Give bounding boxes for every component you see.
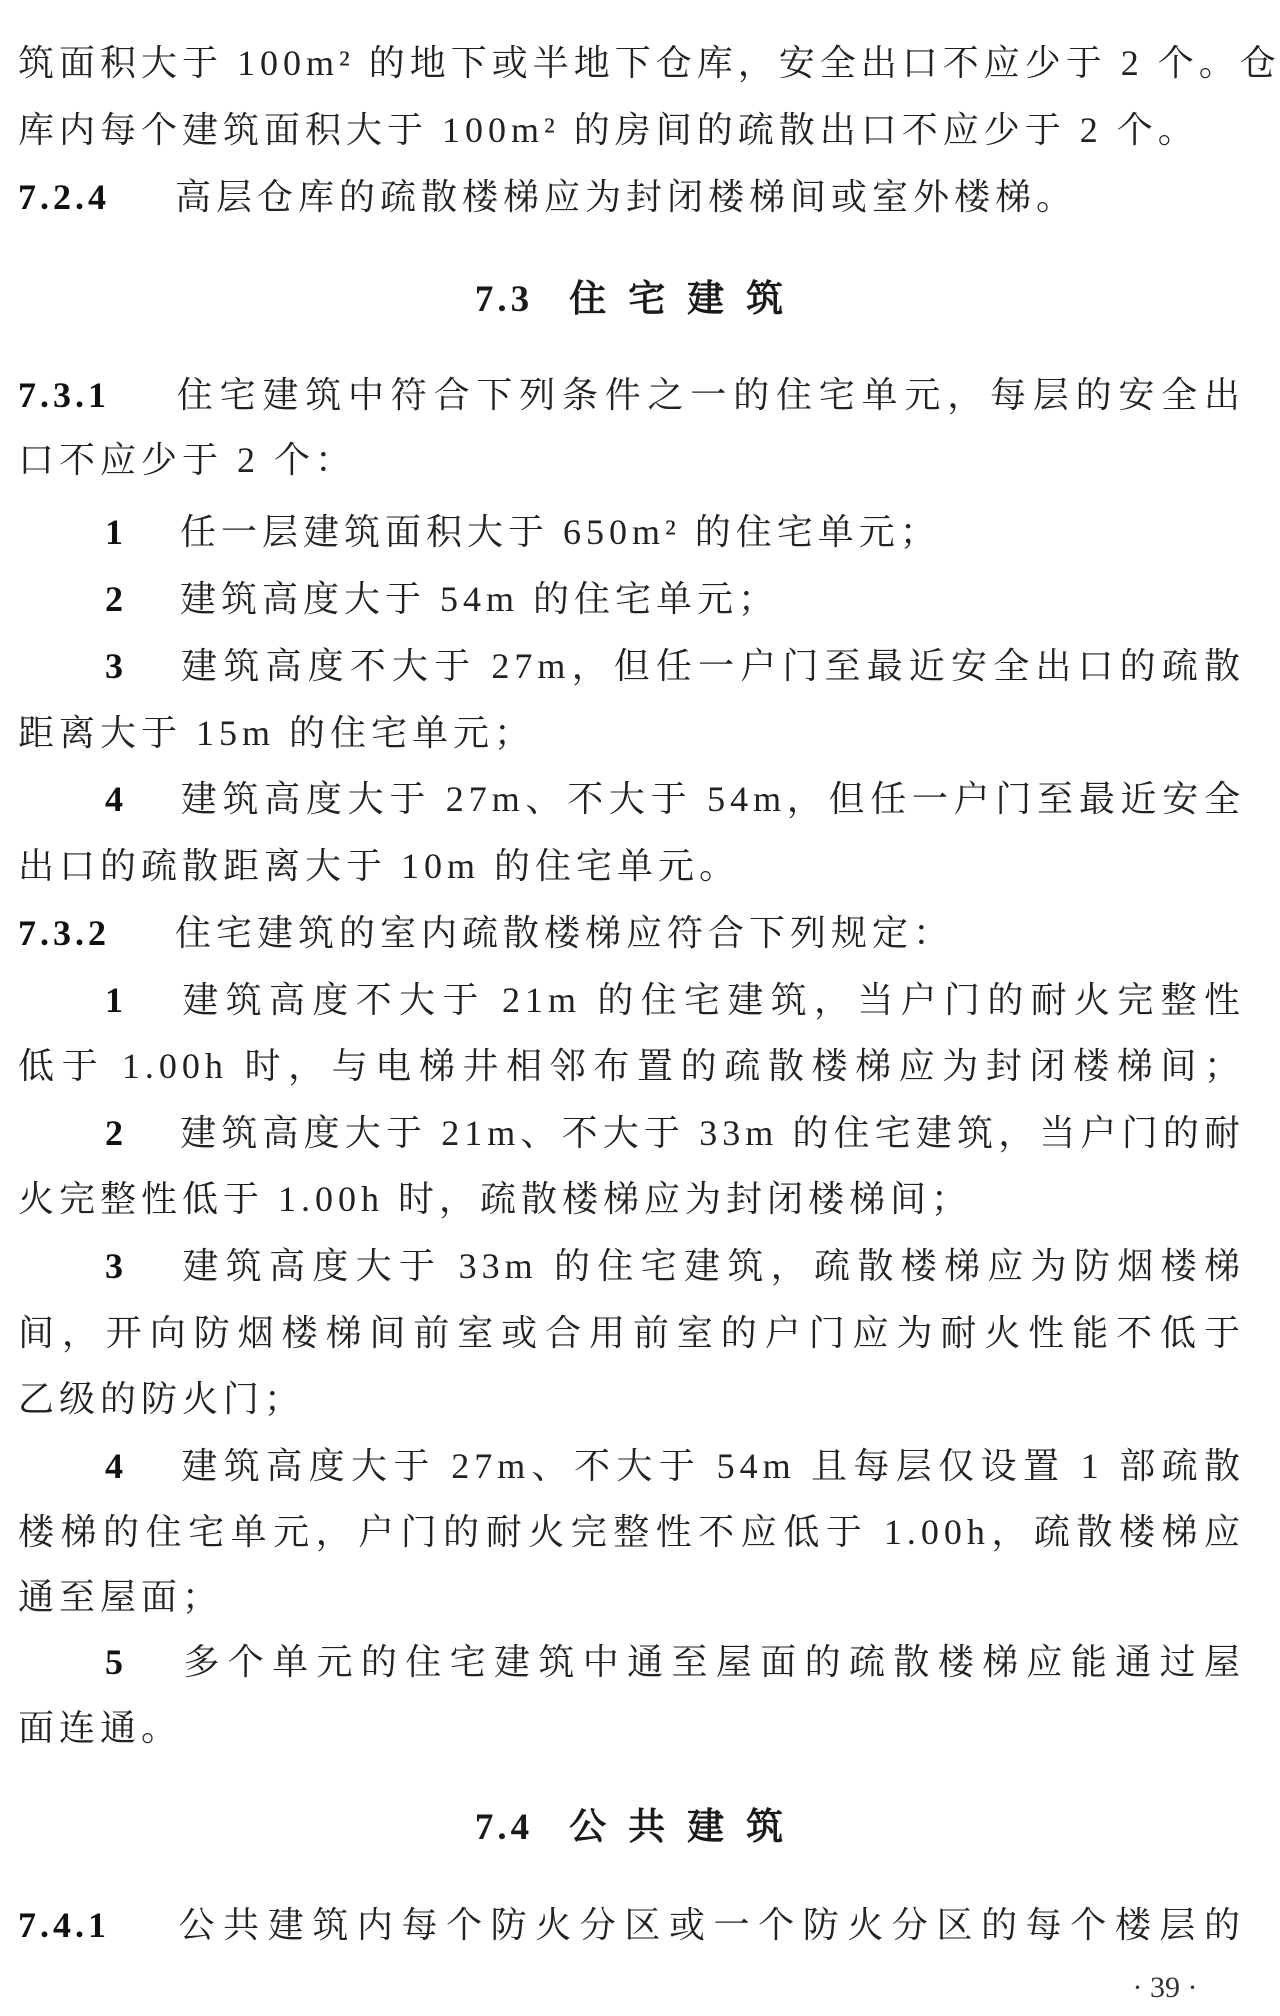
item-number: 4 [100, 1441, 180, 1491]
section-heading-7-3: 7.3住宅建筑 [0, 274, 1280, 324]
item-text-cont: 乙级的防火门； [18, 1379, 305, 1419]
body-text-line: 出口的疏散距离大于 10m 的住宅单元。 [18, 841, 1245, 891]
continuation-text: 库内每个建筑面积大于 100m² 的房间的疏散出口不应少于 2 个。 [18, 110, 1199, 150]
body-text-line: 乙级的防火门； [18, 1374, 1245, 1424]
continuation-text: 筑面积大于 100m² 的地下或半地下仓库，安全出口不应少于 2 个。仓 [18, 43, 1280, 83]
body-text-line: 间，开向防烟楼梯间前室或合用前室的户门应为耐火性能不低于 [18, 1308, 1245, 1358]
body-text-line: 火完整性低于 1.00h 时，疏散楼梯应为封闭楼梯间； [18, 1174, 1245, 1224]
item-text-cont: 出口的疏散距离大于 10m 的住宅单元。 [18, 846, 740, 886]
item-number: 2 [100, 1108, 180, 1158]
clause-7-4-1: 7.4.1公共建筑内每个防火分区或一个防火分区的每个楼层的 [18, 1900, 1245, 1950]
list-item: 1建筑高度不大于 21m 的住宅建筑，当户门的耐火完整性 [100, 975, 1245, 1025]
list-item: 2建筑高度大于 54m 的住宅单元； [100, 574, 1245, 624]
section-number: 7.4 [475, 1807, 533, 1848]
list-item: 4建筑高度大于 27m、不大于 54m 且每层仅设置 1 部疏散 [100, 1441, 1245, 1491]
item-text-cont: 距离大于 15m 的住宅单元； [18, 713, 535, 753]
list-item: 5多个单元的住宅建筑中通至屋面的疏散楼梯应能通过屋 [100, 1637, 1245, 1687]
item-text: 建筑高度大于 33m 的住宅建筑，疏散楼梯应为防烟楼梯 [180, 1246, 1245, 1286]
item-text-cont: 间，开向防烟楼梯间前室或合用前室的户门应为耐火性能不低于 [18, 1313, 1245, 1353]
clause-7-3-2: 7.3.2住宅建筑的室内疏散楼梯应符合下列规定： [18, 908, 1245, 958]
body-text-line: 通至屋面； [18, 1572, 1245, 1622]
item-number: 2 [100, 574, 180, 624]
body-text-line: 低于 1.00h 时，与电梯井相邻布置的疏散楼梯应为封闭楼梯间； [18, 1041, 1245, 1091]
body-text-line: 筑面积大于 100m² 的地下或半地下仓库，安全出口不应少于 2 个。仓 [18, 38, 1245, 88]
section-title: 住宅建筑 [569, 277, 805, 320]
item-number: 3 [100, 641, 180, 691]
body-text-line: 库内每个建筑面积大于 100m² 的房间的疏散出口不应少于 2 个。 [18, 105, 1245, 155]
item-number: 5 [100, 1637, 180, 1687]
section-heading-7-4: 7.4公共建筑 [0, 1802, 1280, 1852]
list-item: 1任一层建筑面积大于 650m² 的住宅单元； [100, 507, 1245, 557]
body-text-line: 口不应少于 2 个： [18, 435, 1245, 485]
clause-number: 7.4.1 [18, 1900, 175, 1950]
item-number: 1 [100, 507, 180, 557]
body-text-line: 楼梯的住宅单元，户门的耐火完整性不应低于 1.00h，疏散楼梯应 [18, 1507, 1245, 1557]
body-text-line: 距离大于 15m 的住宅单元； [18, 708, 1245, 758]
item-text-cont: 楼梯的住宅单元，户门的耐火完整性不应低于 1.00h，疏散楼梯应 [18, 1512, 1245, 1552]
item-text-cont: 面连通。 [18, 1708, 182, 1748]
item-number: 1 [100, 975, 180, 1025]
item-number: 3 [100, 1241, 180, 1291]
list-item: 4建筑高度大于 27m、不大于 54m，但任一户门至最近安全 [100, 774, 1245, 824]
clause-text: 住宅建筑中符合下列条件之一的住宅单元，每层的安全出 [175, 375, 1245, 415]
page-number: · 39 · [1100, 1968, 1230, 2008]
clause-text: 住宅建筑的室内疏散楼梯应符合下列规定： [175, 913, 954, 953]
item-text: 建筑高度大于 54m 的住宅单元； [180, 579, 779, 619]
item-text: 建筑高度大于 27m、不大于 54m，但任一户门至最近安全 [180, 779, 1245, 819]
clause-text: 高层仓库的疏散楼梯应为封闭楼梯间或室外楼梯。 [175, 177, 1077, 217]
list-item: 3建筑高度不大于 27m，但任一户门至最近安全出口的疏散 [100, 641, 1245, 691]
item-text: 任一层建筑面积大于 650m² 的住宅单元； [180, 512, 941, 552]
clause-text: 公共建筑内每个防火分区或一个防火分区的每个楼层的 [175, 1905, 1245, 1945]
section-title: 公共建筑 [569, 1805, 805, 1848]
clause-number: 7.2.4 [18, 172, 175, 222]
item-text-cont: 低于 1.00h 时，与电梯井相邻布置的疏散楼梯应为封闭楼梯间； [18, 1046, 1245, 1086]
item-text-cont: 通至屋面； [18, 1577, 223, 1617]
clause-number: 7.3.2 [18, 908, 175, 958]
item-text: 多个单元的住宅建筑中通至屋面的疏散楼梯应能通过屋 [180, 1642, 1245, 1682]
item-text: 建筑高度大于 27m、不大于 54m 且每层仅设置 1 部疏散 [180, 1446, 1245, 1486]
item-text: 建筑高度不大于 21m 的住宅建筑，当户门的耐火完整性 [180, 980, 1245, 1020]
clause-number: 7.3.1 [18, 370, 175, 420]
list-item: 2建筑高度大于 21m、不大于 33m 的住宅建筑，当户门的耐 [100, 1108, 1245, 1158]
clause-7-2-4: 7.2.4高层仓库的疏散楼梯应为封闭楼梯间或室外楼梯。 [18, 172, 1245, 222]
body-text-line: 面连通。 [18, 1703, 1245, 1753]
list-item: 3建筑高度大于 33m 的住宅建筑，疏散楼梯应为防烟楼梯 [100, 1241, 1245, 1291]
clause-7-3-1: 7.3.1住宅建筑中符合下列条件之一的住宅单元，每层的安全出 [18, 370, 1245, 420]
item-text: 建筑高度大于 21m、不大于 33m 的住宅建筑，当户门的耐 [180, 1113, 1245, 1153]
item-text-cont: 火完整性低于 1.00h 时，疏散楼梯应为封闭楼梯间； [18, 1179, 972, 1219]
item-text: 建筑高度不大于 27m，但任一户门至最近安全出口的疏散 [180, 646, 1245, 686]
clause-text-cont: 口不应少于 2 个： [18, 440, 356, 480]
section-number: 7.3 [475, 279, 533, 320]
item-number: 4 [100, 774, 180, 824]
